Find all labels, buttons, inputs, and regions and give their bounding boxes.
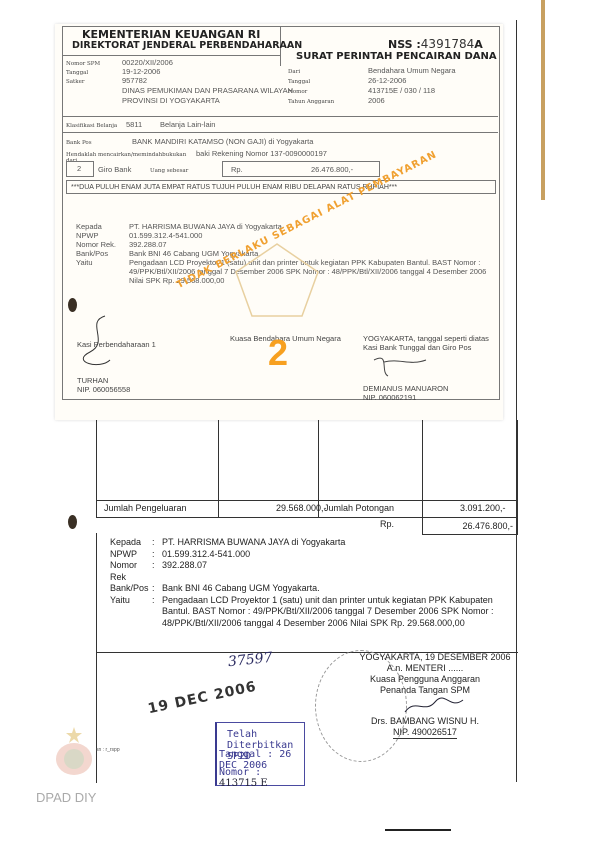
nss-suffix: A	[474, 38, 483, 51]
divider	[62, 55, 280, 56]
field-label: Bank/Pos	[76, 249, 129, 258]
recipient-npwp: 01.599.312.4-541.000	[129, 231, 489, 240]
spm-signature-block: YOGYAKARTA, 19 DESEMBER 2006 A.n. MENTER…	[335, 652, 515, 739]
signer-name: Drs. BAMBANG WISNU H.	[335, 716, 515, 727]
field-label: Bank/Pos	[110, 583, 152, 595]
amount-in-words: ***DUA PULUH ENAM JUTA EMPAT RATUS TUJUH…	[66, 180, 496, 194]
nss-label: NSS :	[388, 38, 421, 51]
sign-line: A.n. MENTERI ......	[335, 663, 515, 674]
right-signer-nip: NIP. 060062191	[363, 393, 416, 402]
nss-number: NSS :4391784A	[388, 37, 483, 51]
field-label: Nomor Rek	[110, 560, 152, 583]
divider	[62, 116, 498, 117]
spm-left-border	[96, 533, 97, 783]
sign-line: Kuasa Pengguna Anggaran	[335, 674, 515, 685]
field-label: Dari	[288, 69, 368, 75]
field-label: Klasifikasi Belanja	[66, 123, 126, 129]
signer-nip: NIP. 490026517	[393, 727, 457, 739]
field-label: Nomor Rek.	[76, 240, 129, 249]
total-expense-label: Jumlah Pengeluaran	[104, 503, 187, 513]
right-signer-place: YOGYAKARTA, tanggal seperti diatas	[363, 334, 489, 343]
net-amount-value: 26.476.800,-	[462, 521, 517, 531]
total-deduction-label: Jumlah Potongan	[324, 503, 394, 513]
stamp-number: Nomor : 413715 E	[219, 767, 304, 789]
nss-value: 4391784	[421, 37, 474, 51]
punch-hole	[68, 515, 77, 529]
recipient-name: PT. HARRISMA BUWANA JAYA di Yogyakarta	[162, 537, 515, 549]
recipient-npwp: 01.599.312.4-541.000	[162, 549, 515, 561]
field-label: Tanggal	[288, 79, 368, 85]
expense-desc: Belanja Lain-lain	[160, 120, 215, 129]
field-label: Satker	[66, 79, 122, 85]
field-label: Yaitu	[110, 595, 152, 630]
divider	[62, 132, 498, 133]
payment-type: Giro Bank	[98, 165, 150, 174]
directorate-title: DIREKTORAT JENDERAL PERBENDAHARAAN	[72, 40, 302, 51]
form-code: sn : r_rspp	[96, 747, 120, 753]
fiscal-year: 2006	[368, 96, 385, 105]
net-currency-label: Rp.	[380, 519, 394, 529]
currency-label: Rp.	[231, 165, 243, 174]
field-label: Kepada	[110, 537, 152, 549]
field-label: Nomor	[288, 89, 368, 95]
total-deduction-value: 3.091.200,-	[460, 503, 506, 513]
left-signer-nip: NIP. 060056558	[77, 385, 130, 394]
stamp-date-label: Tanggal :	[219, 749, 273, 760]
divider	[385, 829, 451, 831]
source-account: baki Rekening Nomor 137-0090000197	[196, 149, 327, 158]
watermark: DPAD DIY	[36, 790, 96, 805]
totals-row: Jumlah Pengeluaran 29.568.000,- Jumlah P…	[96, 500, 518, 518]
copy-number-mark: 2	[268, 332, 288, 374]
right-signer-title: Kasi Bank Tunggal dan Giro Pos	[363, 343, 471, 352]
source-bank: BANK MANDIRI KATAMSO (NON GAJI) di Yogya…	[132, 137, 313, 146]
satker-code: 957782	[122, 76, 147, 85]
field-label: Uang sebesar	[150, 168, 200, 174]
expense-code: 5811	[126, 120, 160, 129]
signature-icon	[370, 352, 430, 384]
payment-count: 2	[77, 164, 81, 173]
recipient-bank: Bank BNI 46 Cabang UGM Yogyakarta.	[162, 583, 515, 595]
sp2d-number: 413715E / 030 / 118	[368, 86, 435, 95]
payment-amount: 26.476.800,-	[311, 165, 353, 174]
paper-edge	[541, 0, 545, 200]
signature-icon	[335, 696, 515, 716]
stamp-number-value: 413715 E	[219, 778, 268, 789]
sign-line: Penanda Tangan SPM	[335, 685, 515, 696]
punch-hole	[68, 298, 77, 312]
sp2d-date: 26-12-2006	[368, 76, 406, 85]
net-amount-box: 26.476.800,-	[422, 517, 518, 535]
right-signer-name: DEMIANUS MANUARON	[363, 384, 448, 393]
signature-icon	[80, 312, 120, 376]
spm-recipient-details: Kepada:PT. HARRISMA BUWANA JAYA di Yogya…	[110, 537, 515, 629]
field-label: Bank Pos	[66, 140, 132, 146]
stamp-number-label: Nomor :	[219, 767, 261, 778]
left-signer-name: TURHAN	[77, 376, 108, 385]
amount-box: Rp. 26.476.800,-	[222, 161, 380, 177]
sign-place-date: YOGYAKARTA, 19 DESEMBER 2006	[335, 652, 515, 663]
count-box: 2	[66, 161, 94, 177]
field-label: NPWP	[76, 231, 129, 240]
spm-date: 19-12-2006	[122, 67, 160, 76]
total-expense-value: 29.568.000,-	[276, 503, 327, 513]
field-label: Yaitu	[76, 258, 129, 267]
field-label: Tahun Anggaran	[288, 99, 368, 105]
recipient-account: 392.288.07	[162, 560, 515, 583]
satker-province: PROVINSI DI YOGYAKARTA	[122, 96, 220, 105]
document-title: SURAT PERINTAH PENCAIRAN DANA	[296, 51, 497, 62]
dpad-logo-icon	[52, 725, 96, 777]
sp2d-from: Bendahara Umum Negara	[368, 66, 456, 75]
field-label: NPWP	[110, 549, 152, 561]
payment-purpose: Pengadaan LCD Proyektor 1 (satu) unit da…	[162, 595, 515, 630]
spm-number: 00220/XII/2006	[122, 58, 173, 67]
field-label: Kepada	[76, 222, 129, 231]
spm-table	[96, 420, 518, 500]
satker-name: DINAS PEMUKIMAN DAN PRASARANA WILAYAH	[122, 86, 293, 95]
sp2d-issued-stamp: Telah Diterbitkan SP2D Tanggal : 26 DEC …	[215, 722, 305, 786]
